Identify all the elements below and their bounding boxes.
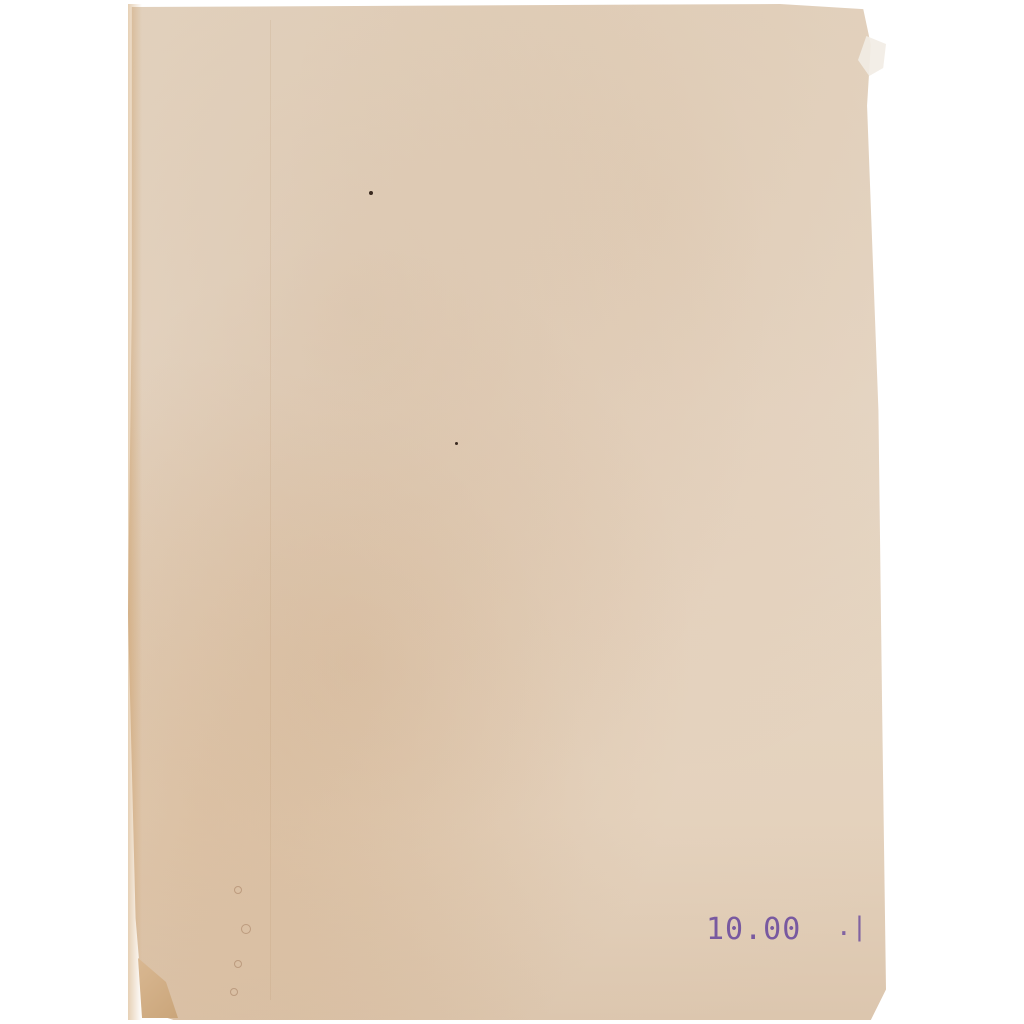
water-spot xyxy=(241,924,251,934)
paper-sheet xyxy=(128,4,886,1020)
ink-speck xyxy=(455,442,458,445)
water-spot xyxy=(230,988,238,996)
water-spot xyxy=(234,886,242,894)
paper-fold-line xyxy=(270,20,271,1000)
ink-speck xyxy=(369,191,373,195)
price-stamp: 10.00 xyxy=(706,912,801,947)
water-spot xyxy=(234,960,242,968)
stamp-mark: .| xyxy=(836,912,867,942)
